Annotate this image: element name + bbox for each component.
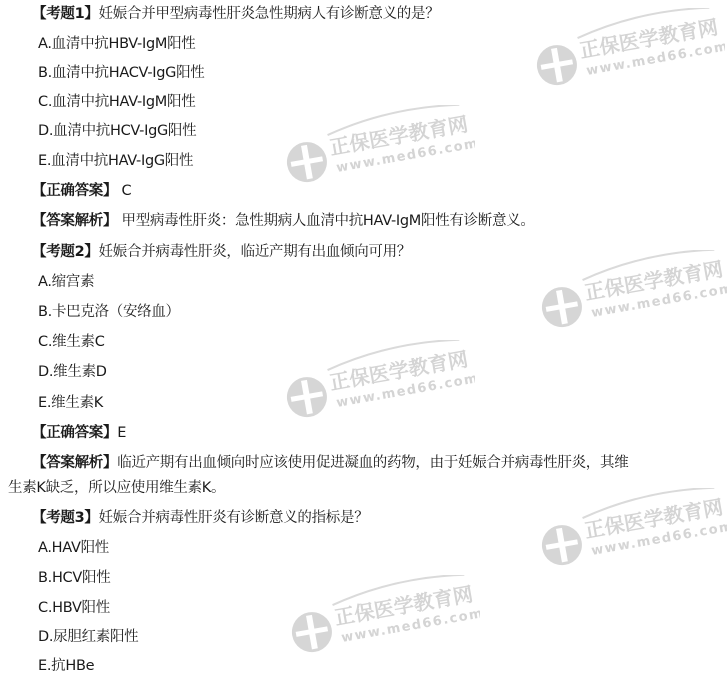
option-c: C.HBV阳性 <box>38 598 110 618</box>
option-e: E.抗HBe <box>38 656 94 676</box>
analysis-continuation: 生素K缺乏，所以应使用维生素K。 <box>8 478 225 498</box>
svg-text:www.med66.com: www.med66.com <box>335 136 475 176</box>
answer-analysis: 【答案解析】临近产期有出血倾向时应该使用促进凝血的药物，由于妊娠合并病毒性肝炎，… <box>32 453 628 473</box>
option-a: A.缩宫素 <box>38 272 94 292</box>
analysis-label: 【答案解析】 <box>32 213 117 229</box>
question-text: 妊娠合并病毒性肝炎有诊断意义的指标是？ <box>99 510 369 526</box>
svg-text:正保医学教育网: 正保医学教育网 <box>328 112 470 160</box>
option-a: A.血清中抗HBV-IgM阳性 <box>38 34 195 54</box>
watermark-icon: 正保医学教育网 www.med66.com <box>530 250 727 330</box>
svg-text:正保医学教育网: 正保医学教育网 <box>583 495 725 543</box>
analysis-text: 甲型病毒性肝炎：急性期病人血清中抗HAV-IgM阳性有诊断意义。 <box>122 213 535 229</box>
option-e: E.血清中抗HAV-IgG阳性 <box>38 151 193 171</box>
question-3-title: 【考题3】妊娠合并病毒性肝炎有诊断意义的指标是？ <box>32 508 368 528</box>
option-e: E.维生素K <box>38 393 103 413</box>
watermark-icon: 正保医学教育网 www.med66.com <box>275 105 475 185</box>
analysis-text: 临近产期有出血倾向时应该使用促进凝血的药物，由于妊娠合并病毒性肝炎，其维 <box>117 455 628 471</box>
watermark-icon: 正保医学教育网 www.med66.com <box>530 488 727 568</box>
option-b: B.血清中抗HACV-IgG阳性 <box>38 63 204 83</box>
question-text: 妊娠合并病毒性肝炎，临近产期有出血倾向可用？ <box>99 244 411 260</box>
answer-analysis: 【答案解析】 甲型病毒性肝炎：急性期病人血清中抗HAV-IgM阳性有诊断意义。 <box>32 211 535 231</box>
answer-value: C <box>122 183 132 199</box>
svg-text:www.med66.com: www.med66.com <box>590 519 727 559</box>
watermark-logo: 正保医学教育网 www.med66.com <box>525 8 725 88</box>
answer-label: 【正确答案】 <box>32 425 117 441</box>
watermark-icon: 正保医学教育网 www.med66.com <box>525 8 725 88</box>
watermark-icon: 正保医学教育网 www.med66.com <box>275 340 475 420</box>
watermark-logo: 正保医学教育网 www.med66.com <box>275 340 475 420</box>
svg-text:www.med66.com: www.med66.com <box>335 371 475 411</box>
watermark-logo: 正保医学教育网 www.med66.com <box>530 250 727 330</box>
question-label: 【考题2】 <box>32 244 99 260</box>
svg-text:正保医学教育网: 正保医学教育网 <box>583 257 725 305</box>
svg-text:正保医学教育网: 正保医学教育网 <box>328 347 470 395</box>
analysis-label: 【答案解析】 <box>32 455 117 471</box>
option-d: D.尿胆红素阳性 <box>38 627 138 647</box>
question-label: 【考题1】 <box>32 6 99 22</box>
option-a: A.HAV阳性 <box>38 538 109 558</box>
svg-text:www.med66.com: www.med66.com <box>340 606 480 646</box>
answer-label: 【正确答案】 <box>32 183 117 199</box>
correct-answer: 【正确答案】E <box>32 423 126 443</box>
option-d: D.维生素D <box>38 362 107 382</box>
option-b: B.卡巴克洛（安络血） <box>38 302 180 322</box>
watermark-logo: 正保医学教育网 www.med66.com <box>530 488 727 568</box>
svg-text:正保医学教育网: 正保医学教育网 <box>333 582 475 630</box>
question-text: 妊娠合并甲型病毒性肝炎急性期病人有诊断意义的是？ <box>99 6 440 22</box>
svg-text:www.med66.com: www.med66.com <box>590 281 727 321</box>
question-1-title: 【考题1】妊娠合并甲型病毒性肝炎急性期病人有诊断意义的是？ <box>32 4 439 24</box>
watermark-icon: 正保医学教育网 www.med66.com <box>280 575 480 655</box>
question-label: 【考题3】 <box>32 510 99 526</box>
question-2-title: 【考题2】妊娠合并病毒性肝炎，临近产期有出血倾向可用？ <box>32 242 411 262</box>
answer-value: E <box>117 425 126 441</box>
option-c: C.维生素C <box>38 332 105 352</box>
watermark-logo: 正保医学教育网 www.med66.com <box>275 105 475 185</box>
svg-text:正保医学教育网: 正保医学教育网 <box>578 15 720 63</box>
svg-text:www.med66.com: www.med66.com <box>585 39 725 79</box>
correct-answer: 【正确答案】 C <box>32 181 131 201</box>
option-c: C.血清中抗HAV-IgM阳性 <box>38 92 195 112</box>
option-d: D.血清中抗HCV-IgG阳性 <box>38 121 196 141</box>
watermark-logo: 正保医学教育网 www.med66.com <box>280 575 480 655</box>
option-b: B.HCV阳性 <box>38 568 110 588</box>
